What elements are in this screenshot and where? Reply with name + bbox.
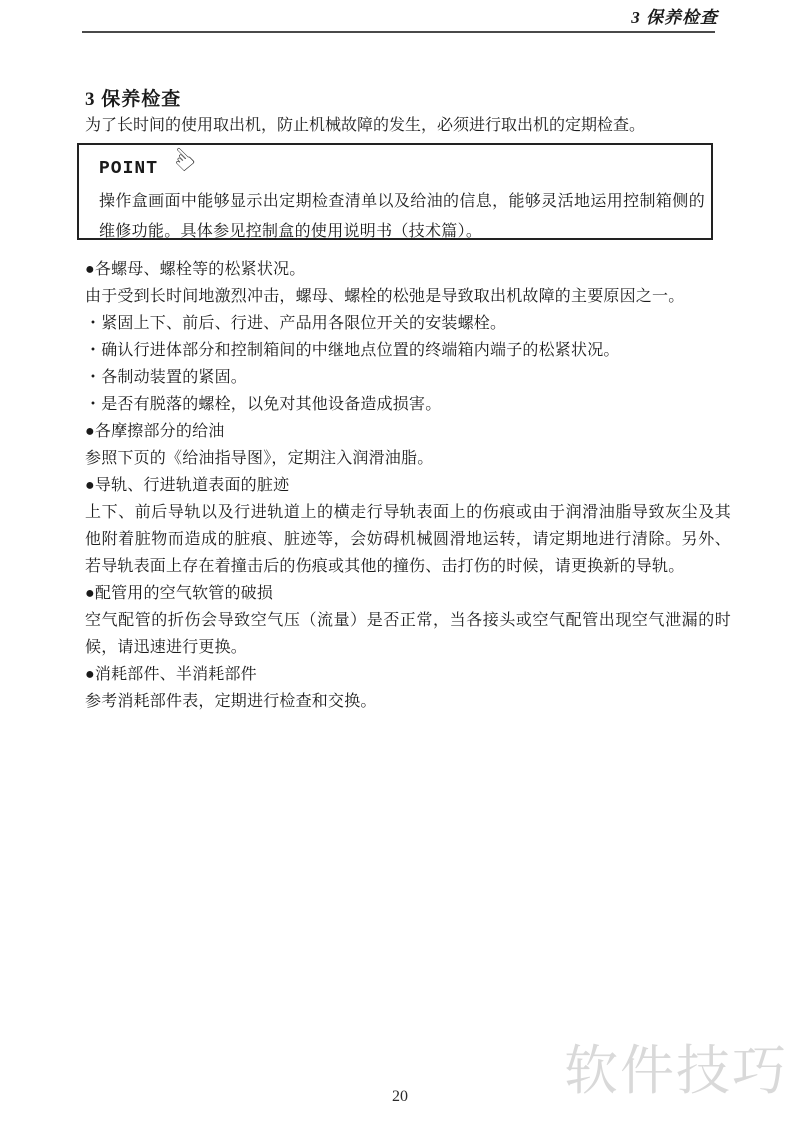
list-item: 参照下页的《给油指导图》，定期注入润滑油脂。 [85, 445, 731, 472]
list-item: ・各制动装置的紧固。 [85, 364, 731, 391]
list-item: ●各摩擦部分的给油 [85, 418, 731, 445]
list-item: 参考消耗部件表，定期进行检查和交换。 [85, 688, 731, 715]
bullet-marker: ● [85, 477, 95, 494]
list-item-text: 紧固上下、前后、行进、产品用各限位开关的安装螺栓。 [101, 315, 506, 332]
list-item-text: 参照下页的《给油指导图》，定期注入润滑油脂。 [85, 450, 433, 467]
list-item-text: 各螺母、螺栓等的松紧状况。 [95, 261, 306, 278]
list-item: ●导轨、行进轨道表面的脏迹 [85, 472, 731, 499]
bullet-marker: ・ [85, 396, 101, 413]
list-item-text: 参考消耗部件表，定期进行检查和交换。 [85, 693, 377, 710]
bullet-marker: ・ [85, 342, 101, 359]
list-item-text: 确认行进体部分和控制箱间的中继地点位置的终端箱内端子的松紧状况。 [101, 342, 619, 359]
intro-paragraph: 为了长时间的使用取出机，防止机械故障的发生，必须进行取出机的定期检查。 [85, 115, 731, 137]
list-item: ・紧固上下、前后、行进、产品用各限位开关的安装螺栓。 [85, 310, 731, 337]
list-item-text: 上下、前后导轨以及行进轨道上的横走行导轨表面上的伤痕或由于润滑油脂导致灰尘及其他… [85, 504, 731, 575]
list-item-text: 配管用的空气软管的破损 [95, 585, 273, 602]
point-label: POINT [99, 153, 158, 185]
section-title: 3 保养检查 [85, 84, 181, 111]
list-item: ●消耗部件、半消耗部件 [85, 661, 731, 688]
bullet-marker: ● [85, 666, 95, 683]
list-item-text: 各制动装置的紧固。 [101, 369, 247, 386]
manual-page: 3 保养检查 3 保养检查 为了长时间的使用取出机，防止机械故障的发生，必须进行… [0, 0, 800, 1132]
point-callout-box: POINT ☜ 操作盒画面中能够显示出定期检查清单以及给油的信息，能够灵活地运用… [77, 143, 713, 240]
point-body-text: 操作盒画面中能够显示出定期检查清单以及给油的信息，能够灵活地运用控制箱侧的维修功… [99, 187, 705, 247]
page-number: 20 [0, 1088, 800, 1106]
list-item-text: 各摩擦部分的给油 [95, 423, 225, 440]
list-item: ・是否有脱落的螺栓，以免对其他设备造成损害。 [85, 391, 731, 418]
header-rule [82, 31, 715, 33]
list-item: 上下、前后导轨以及行进轨道上的横走行导轨表面上的伤痕或由于润滑油脂导致灰尘及其他… [85, 499, 731, 580]
list-item-text: 由于受到长时间地激烈冲击，螺母、螺栓的松弛是导致取出机故障的主要原因之一。 [85, 288, 684, 305]
list-item-text: 空气配管的折伤会导致空气压（流量）是否正常，当各接头或空气配管出现空气泄漏的时候… [85, 612, 731, 656]
bullet-marker: ● [85, 585, 95, 602]
bullet-marker: ● [85, 261, 95, 278]
bullet-marker: ・ [85, 315, 101, 332]
point-label-row: POINT ☜ [99, 153, 705, 185]
list-item-text: 导轨、行进轨道表面的脏迹 [95, 477, 289, 494]
list-item: ●各螺母、螺栓等的松紧状况。 [85, 256, 731, 283]
list-item-text: 消耗部件、半消耗部件 [95, 666, 257, 683]
list-item-text: 是否有脱落的螺栓，以免对其他设备造成损害。 [101, 396, 441, 413]
list-item: 由于受到长时间地激烈冲击，螺母、螺栓的松弛是导致取出机故障的主要原因之一。 [85, 283, 731, 310]
running-header: 3 保养检查 [631, 3, 718, 28]
pointing-hand-icon: ☜ [163, 141, 200, 178]
bullet-marker: ● [85, 423, 95, 440]
list-item: ●配管用的空气软管的破损 [85, 580, 731, 607]
bullet-marker: ・ [85, 369, 101, 386]
list-item: 空气配管的折伤会导致空气压（流量）是否正常，当各接头或空气配管出现空气泄漏的时候… [85, 607, 731, 661]
checklist-content: ●各螺母、螺栓等的松紧状况。 由于受到长时间地激烈冲击，螺母、螺栓的松弛是导致取… [85, 256, 731, 715]
list-item: ・确认行进体部分和控制箱间的中继地点位置的终端箱内端子的松紧状况。 [85, 337, 731, 364]
